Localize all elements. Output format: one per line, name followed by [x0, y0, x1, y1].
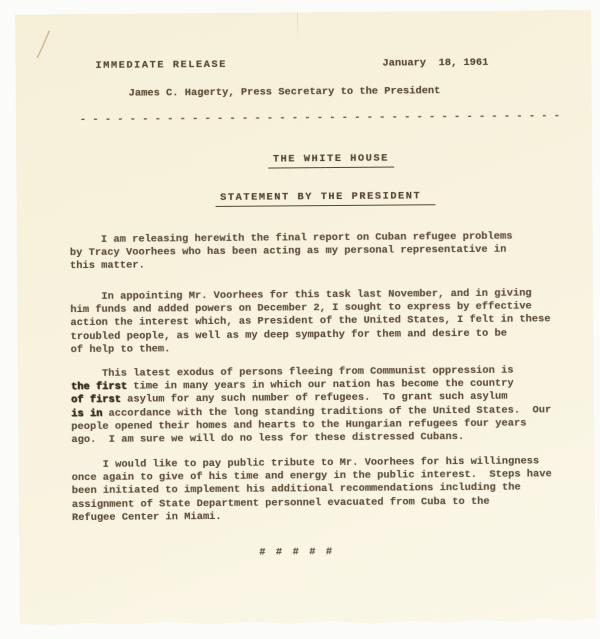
text-line: of help to them.: [71, 340, 551, 357]
text-line: ago. I am sure we will do no less for th…: [71, 430, 551, 447]
dashed-divider: - - - - - - - - - - - - - - - - - - - - …: [80, 110, 560, 127]
end-mark: # # # # #: [259, 546, 334, 560]
byline: James C. Hagerty, Press Secretary to the…: [129, 85, 441, 101]
release-label: IMMEDIATE RELEASE: [95, 59, 227, 73]
paragraph-4: I would like to pay public tribute to Mr…: [72, 455, 553, 525]
paragraph-2: In appointing Mr. Voorhees for this task…: [70, 287, 551, 357]
text-line: this matter.: [70, 257, 513, 274]
page-background: IMMEDIATE RELEASE January 18, 1961 James…: [0, 0, 600, 639]
document-sheet: IMMEDIATE RELEASE January 18, 1961 James…: [15, 10, 596, 627]
statement-title: STATEMENT BY THE PRESIDENT: [69, 176, 559, 221]
text-line: Refugee Center in Miami.: [72, 508, 552, 525]
release-date: January 18, 1961: [382, 57, 488, 71]
paragraph-3: This latest exodus of persons fleeing fr…: [71, 364, 552, 447]
paragraph-1: I am releasing herewith the final report…: [70, 231, 513, 274]
crease-mark: [33, 26, 57, 62]
fold-line: [297, 12, 298, 42]
